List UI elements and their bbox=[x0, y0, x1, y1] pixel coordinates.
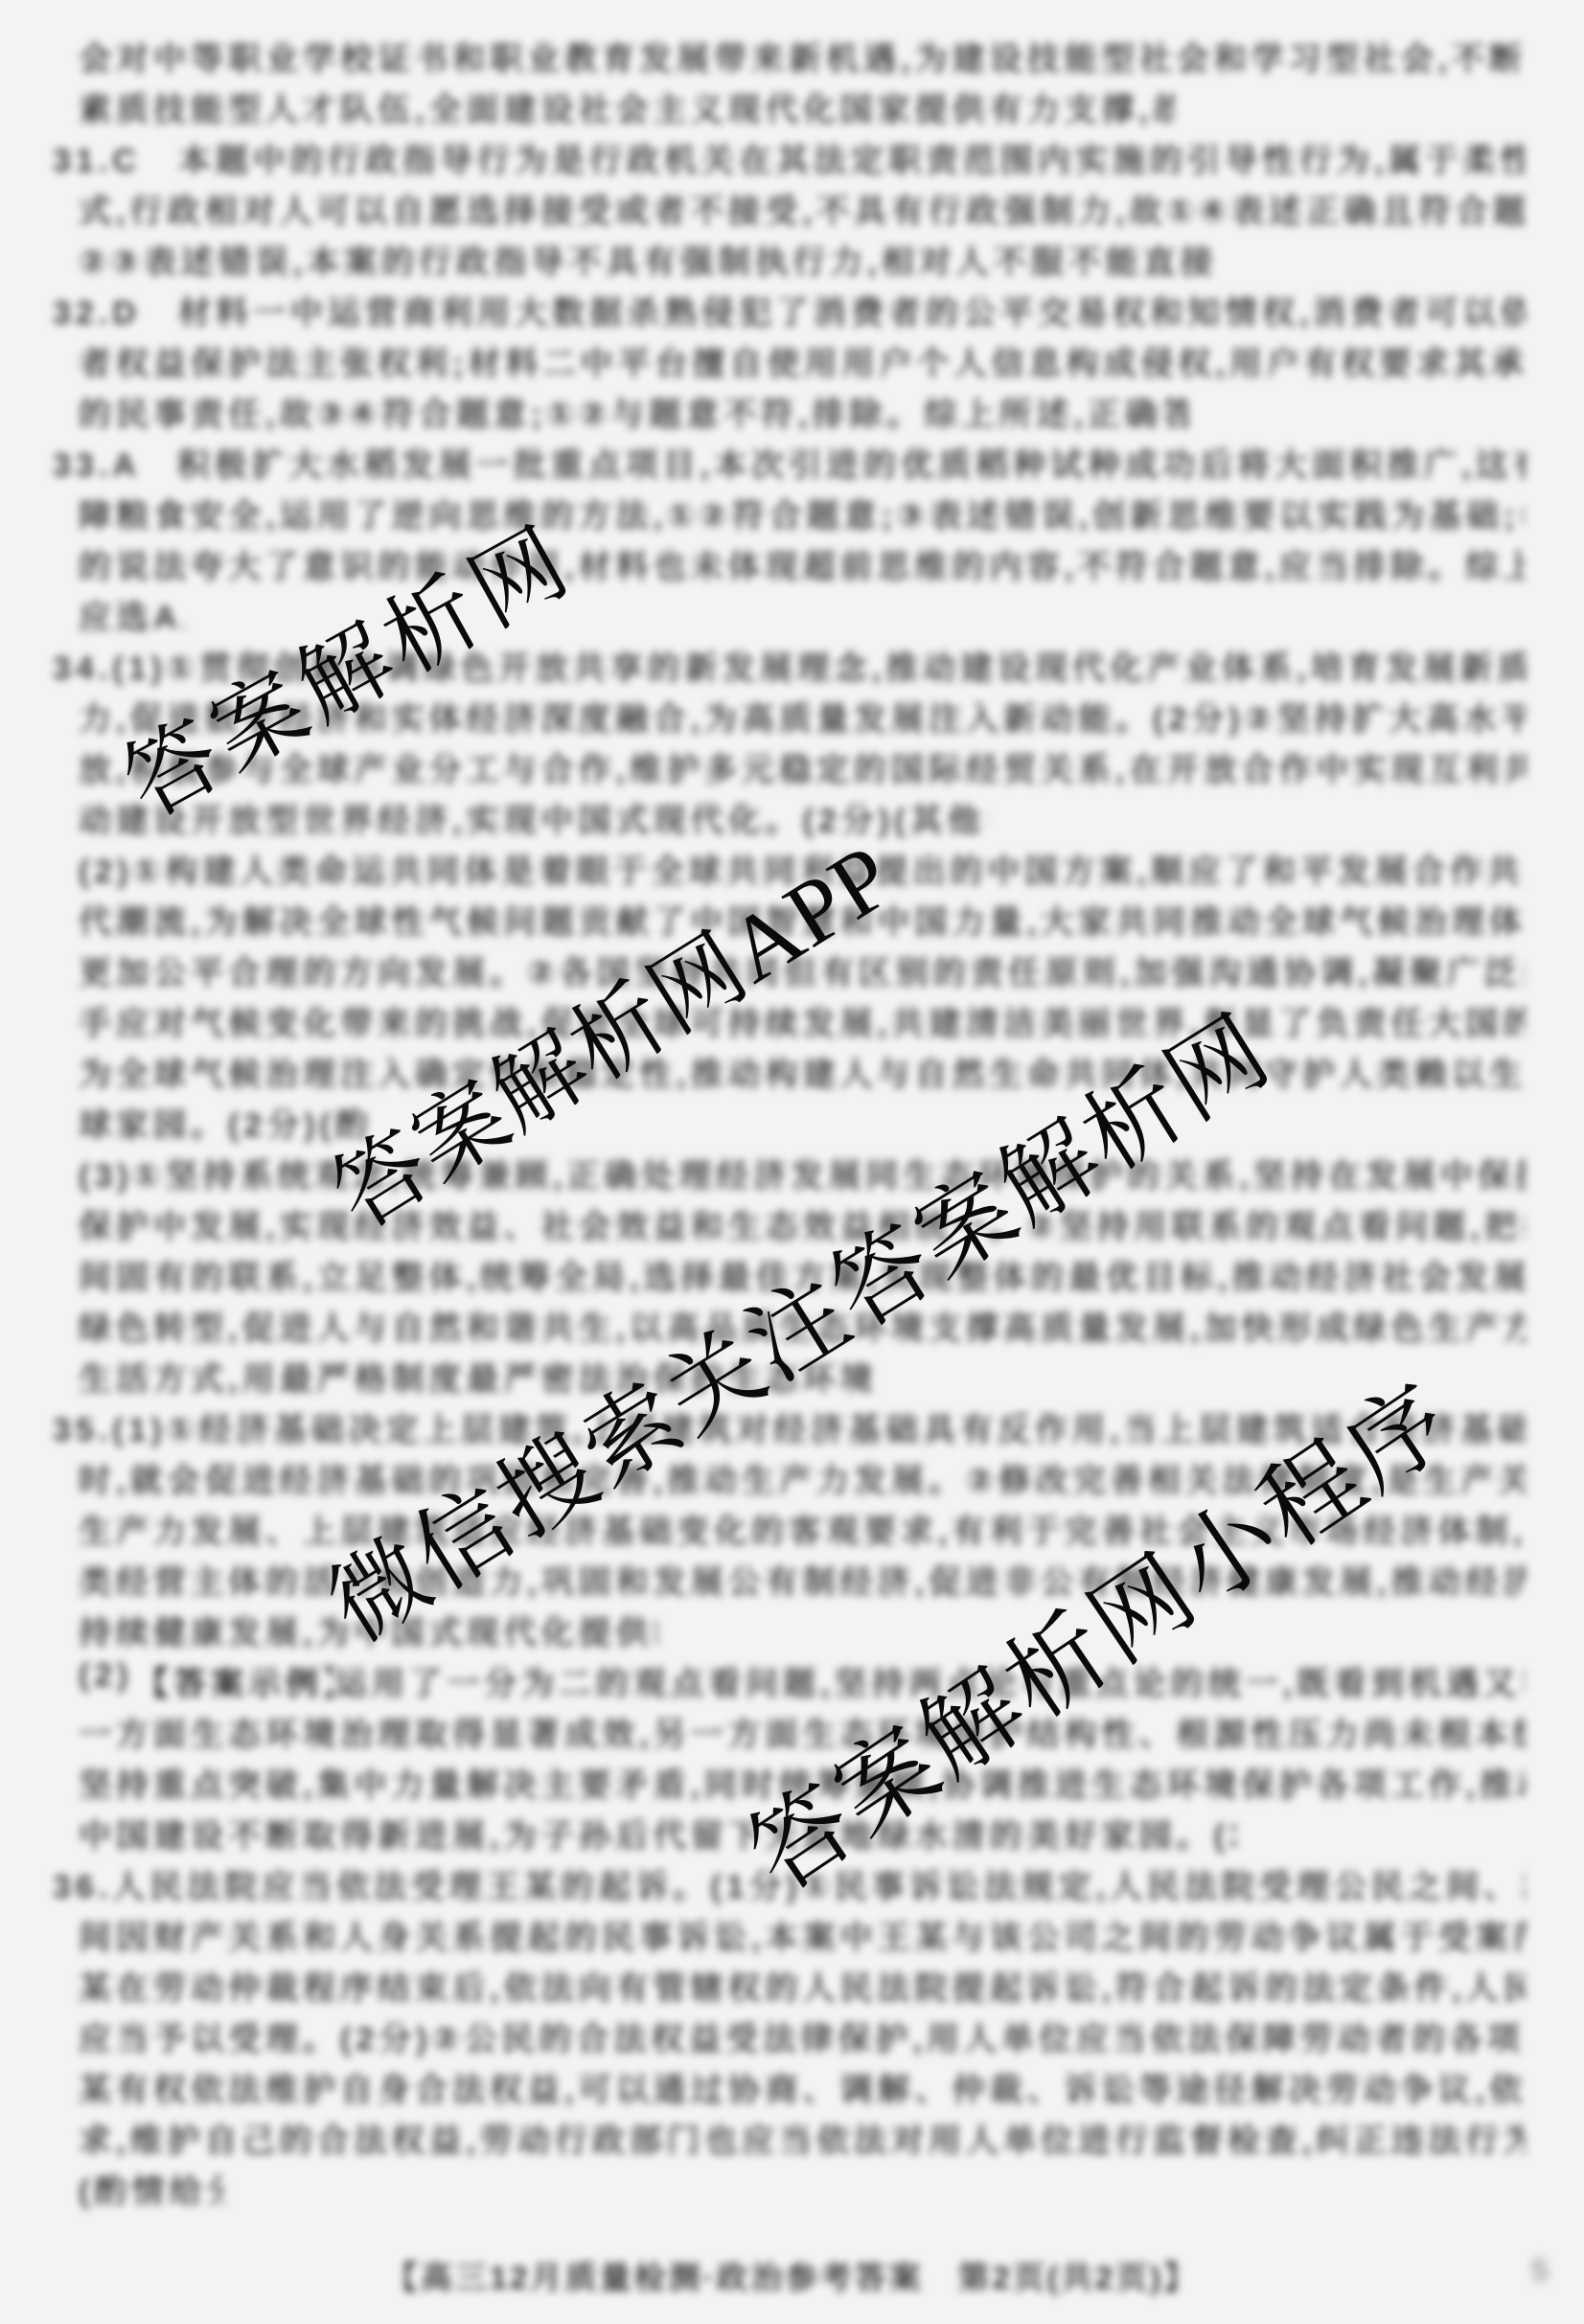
answer-text-line: 会对中等职业学校证书和职业教育发展带来新机遇,为建设技能型社会和学习型社会,不断… bbox=[79, 33, 1526, 78]
answer-text-line: 障粮食安全,运用了逆向思维的方法,①②符合题意;③表述错误,创新思维要以实践为基… bbox=[79, 490, 1526, 535]
answer-text-line: 式,行政相对人可以自愿选择接受或者不接受,不具有行政强制力,故①④表述正确且符合… bbox=[79, 185, 1526, 230]
document-page: 会对中等职业学校证书和职业教育发展带来新机遇,为建设技能型社会和学习型社会,不断… bbox=[0, 0, 1584, 2324]
answer-text-line: 间因财产关系和人身关系提起的民事诉讼,本案中王某与该公司之间的劳动争议属于受案范… bbox=[79, 1911, 1526, 1956]
answer-text-line: 保护中发展,实现经济效益、社会效益和生态效益相统一。②坚持用联系的观点看问题,把… bbox=[79, 1200, 1526, 1245]
footer-caption: 【高三12月质量检测·政治参考答案 第2页(共2页)】 bbox=[386, 2253, 1198, 2298]
answer-text-line: 应当予以受理。(2分)②公民的合法权益受法律保护,用人单位应当依法保障劳动者的各… bbox=[79, 2013, 1526, 2058]
answer-text-line: (3)①坚持系统观念,统筹兼顾,正确处理经济发展同生态环境保护的关系,坚持在发展… bbox=[79, 1150, 1526, 1195]
answer-text-line: 手应对气候变化带来的挑战,促进全球可持续发展,共建清洁美丽世界,彰显了负责任大国… bbox=[79, 997, 1526, 1042]
answer-text-line: 32.D 材料一中运营商利用大数据杀熟侵犯了消费者的公平交易权和知情权,消费者可… bbox=[53, 286, 1526, 331]
answer-text-line: 者权益保护法主张权利;材料二中平台擅自使用用户个人信息构成侵权,用户有权要求其承… bbox=[79, 337, 1526, 382]
answer-text-line: 素质技能型人才队伍,全面建设社会主义现代化国家提供有力支撑,故②④符合题意。故本… bbox=[79, 83, 1174, 128]
answer-text-line: 应选A。 bbox=[79, 591, 184, 636]
answer-text-line: 某在劳动仲裁程序结束后,依法向有管辖权的人民法院提起诉讼,符合起诉的法定条件,人… bbox=[79, 1962, 1526, 2007]
answer-text-line: 中国建设不断取得新进展,为子孙后代留下天蓝地绿水清的美好家园。(3分)(言之有理… bbox=[79, 1810, 1236, 1855]
page-number: 5 bbox=[1531, 2253, 1549, 2289]
answer-text-line: 的说法夸大了意识的能动作用,材料也未体现超前思维的内容,不符合题意,应当排除。综… bbox=[79, 540, 1526, 585]
answer-text-line: 【答案示例】 bbox=[136, 1657, 333, 1702]
answer-text-line: 为全球气候治理注入确定性和稳定性,推动构建人与自然生命共同体,共同守护人类赖以生… bbox=[79, 1048, 1526, 1093]
answer-text-line: 一方面生态环境治理取得显著成效,另一方面生态环境保护结构性、根源性压力尚未根本缓… bbox=[79, 1708, 1526, 1753]
answer-text-line: 球家园。(2分)(酌情给分) bbox=[79, 1099, 369, 1144]
answer-text-line: 的民事责任,故③④符合题意;①②与题意不符,排除。综上所述,正确答案为D。故本题… bbox=[79, 388, 1188, 433]
answer-text-line: 31.C 本题中的行政指导行为是行政机关在其法定职责范围内实施的引导性行为,属于… bbox=[53, 134, 1526, 179]
answer-text-line: (酌情给分) bbox=[79, 2165, 225, 2210]
answer-text-line: 33.A 积极扩大水稻发展一批重点项目,本次引进的优质稻种试种成功后将大面积推广… bbox=[53, 439, 1526, 484]
answer-text-line: ②③表述错误,本案的行政指导不具有强制执行力,相对人不服不能直接提起诉讼。故本题… bbox=[79, 236, 1212, 281]
answer-text-line: (2) bbox=[79, 1657, 134, 1702]
answer-text-line: 求,维护自己的合法权益,劳动行政部门也应当依法对用人单位进行监督检查,纠正违法行… bbox=[79, 2114, 1526, 2159]
answer-text-line: 某有权依法维护自身合法权益,可以通过协商、调解、仲裁、诉讼等途径解决劳动争议,依… bbox=[79, 2063, 1526, 2108]
